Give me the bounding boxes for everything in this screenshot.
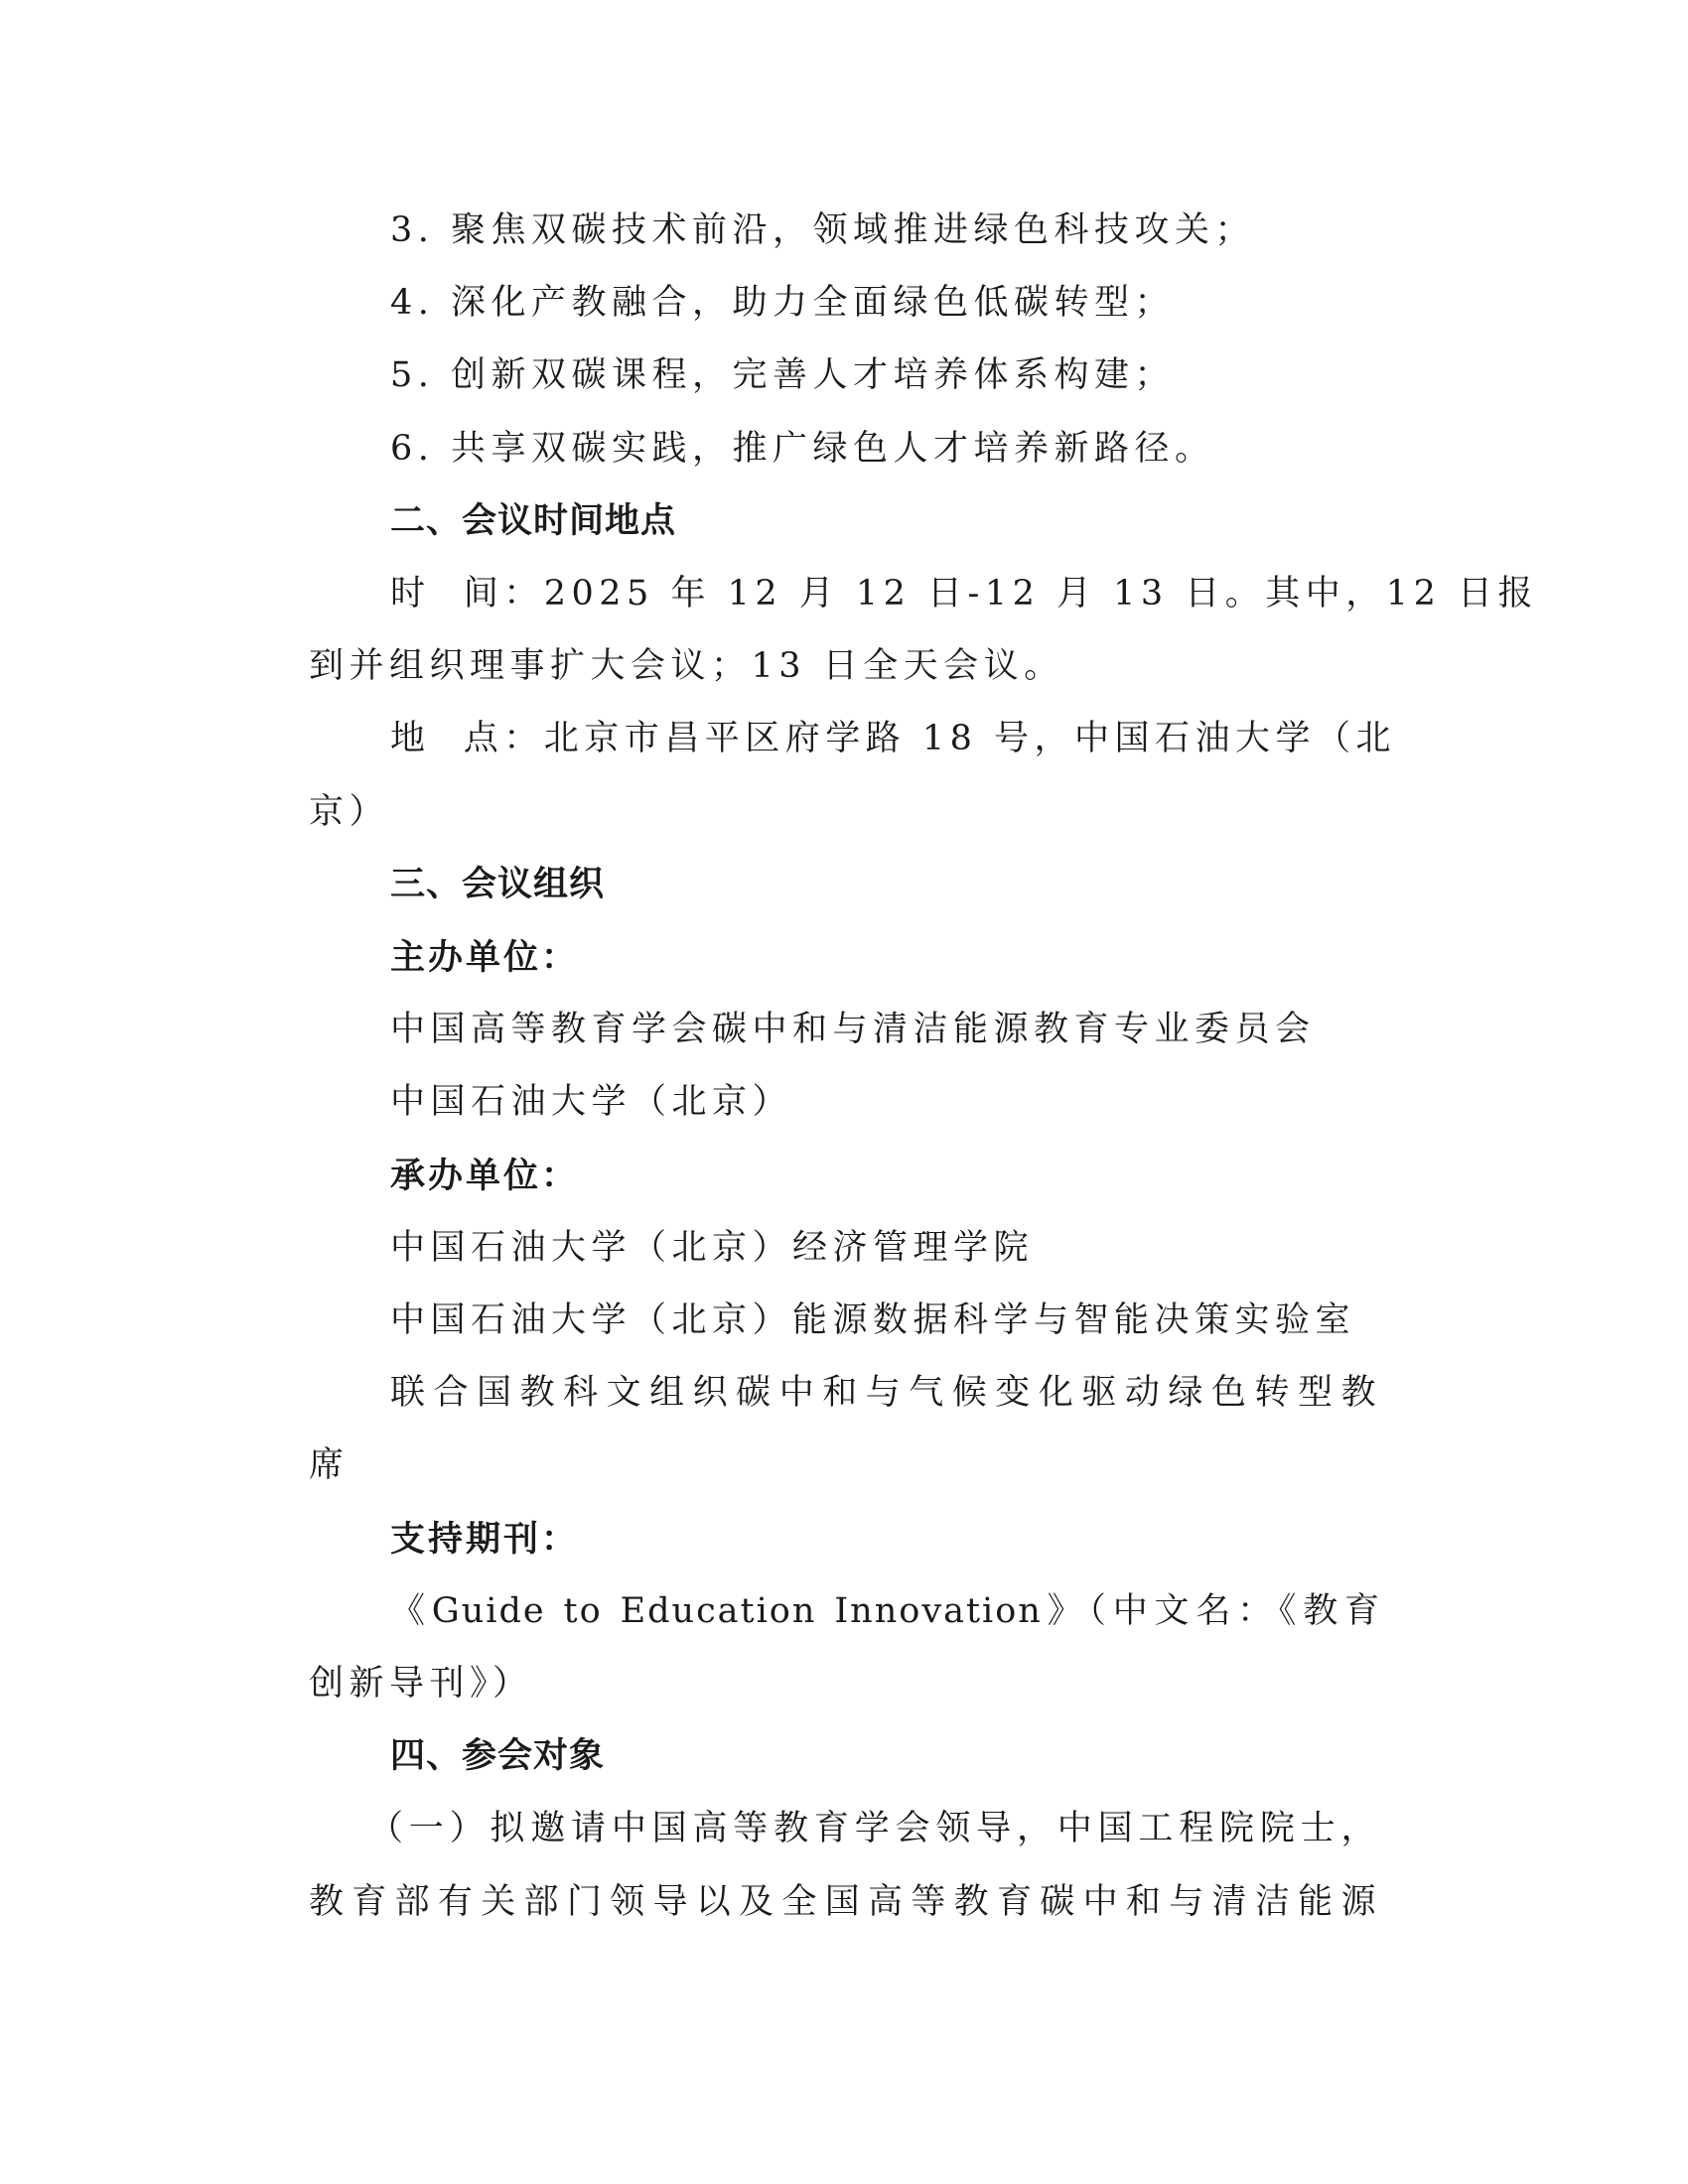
organizer-2: 中国石油大学（北京）能源数据科学与智能决策实验室	[309, 1285, 1381, 1357]
section-heading-attendees: 四、参会对象	[309, 1720, 1381, 1793]
list-text: 聚焦双碳技术前沿，领域推进绿色科技攻关；	[451, 210, 1255, 250]
journal-label: 支持期刊：	[309, 1503, 1381, 1575]
list-item-5: 5. 创新双碳课程，完善人才培养体系构建；	[309, 340, 1381, 412]
list-text: 共享双碳实践，推广绿色人才培养新路径。	[451, 429, 1215, 469]
list-number: 5.	[390, 355, 434, 395]
host-2: 中国石油大学（北京）	[309, 1066, 1381, 1139]
section-heading-organization: 三、会议组织	[309, 849, 1381, 921]
list-number: 3.	[390, 210, 434, 250]
organizer-1: 中国石油大学（北京）经济管理学院	[309, 1212, 1381, 1285]
organizer-3-line-2: 席	[309, 1430, 1381, 1502]
list-item-6: 6. 共享双碳实践，推广绿色人才培养新路径。	[309, 413, 1381, 485]
organizer-label: 承办单位：	[309, 1140, 1381, 1212]
place-line-1: 地 点：北京市昌平区府学路 18 号，中国石油大学（北	[309, 703, 1381, 775]
organizer-3-line-1: 联合国教科文组织碳中和与气候变化驱动绿色转型教	[309, 1357, 1381, 1430]
place-line-2: 京）	[309, 776, 1381, 849]
time-line-1: 时 间：2025 年 12 月 12 日-12 月 13 日。其中，12 日报	[309, 558, 1381, 630]
time-line-2: 到并组织理事扩大会议；13 日全天会议。	[309, 630, 1381, 703]
journal-line-2: 创新导刊》）	[309, 1648, 1381, 1720]
attendees-para-line-2: 教育部有关部门领导以及全国高等教育碳中和与清洁能源	[309, 1866, 1381, 1939]
list-number: 6.	[390, 429, 434, 469]
journal-line-1: 《Guide to Education Innovation》（中文名：《教育	[309, 1575, 1381, 1648]
document-page: 3. 聚焦双碳技术前沿，领域推进绿色科技攻关； 4. 深化产教融合，助力全面绿色…	[0, 0, 1688, 2184]
list-number: 4.	[390, 283, 434, 323]
host-label: 主办单位：	[309, 921, 1381, 994]
section-heading-time-place: 二、会议时间地点	[309, 485, 1381, 558]
list-item-3: 3. 聚焦双碳技术前沿，领域推进绿色科技攻关；	[309, 195, 1381, 267]
list-text: 创新双碳课程，完善人才培养体系构建；	[451, 355, 1175, 395]
host-1: 中国高等教育学会碳中和与清洁能源教育专业委员会	[309, 994, 1381, 1066]
list-text: 深化产教融合，助力全面绿色低碳转型；	[451, 283, 1175, 323]
list-item-4: 4. 深化产教融合，助力全面绿色低碳转型；	[309, 267, 1381, 340]
attendees-para-line-1: （一）拟邀请中国高等教育学会领导，中国工程院院士，	[309, 1793, 1381, 1865]
